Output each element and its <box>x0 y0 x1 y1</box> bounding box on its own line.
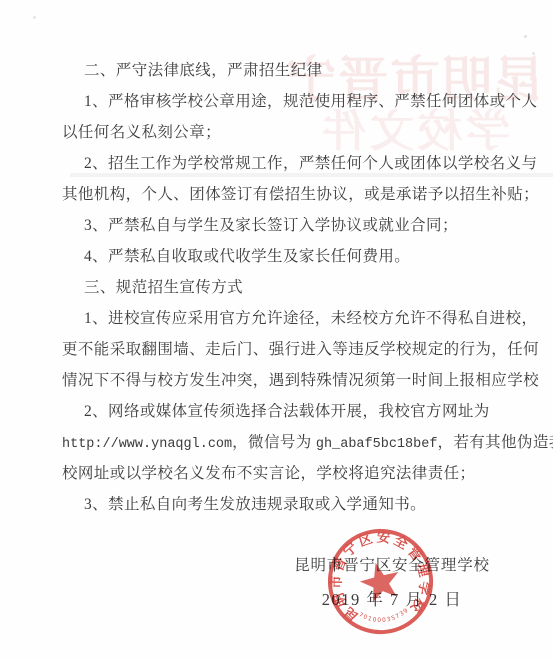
scan-speck <box>33 16 36 19</box>
document-line: http://www.ynaqgl.com，微信号为 gh_abaf5bc18b… <box>62 427 504 458</box>
document-line: 4、严禁私自收取或代收学生及家长任何费用。 <box>62 241 504 272</box>
inline-text: ，若有其他伪造我 <box>437 434 553 451</box>
inline-code-text: http://www.ynaqgl.com <box>62 437 232 452</box>
document-line: 2、招生工作为学校常规工作，严禁任何个人或团体以学校名义与 <box>62 148 504 179</box>
document-line: 三、规范招生宣传方式 <box>62 272 504 303</box>
document-line: 1、严格审核学校公章用途，规范使用程序、严禁任何团体或个人 <box>62 86 504 117</box>
inline-code-text: gh_abaf5bc18bef <box>316 437 438 452</box>
document-line: 二、严守法律底线，严肃招生纪律 <box>62 55 504 86</box>
document-line: 3、禁止私自向考生发放违规录取或入学通知书。 <box>62 489 504 520</box>
scan-speck <box>532 52 535 55</box>
document-line: 3、严禁私自与学生及家长签订入学协议或就业合同； <box>62 210 504 241</box>
scanned-document-page: 昆明市晋宁 学校文件 二、严守法律底线，严肃招生纪律1、严格审核学校公章用途，规… <box>0 0 553 661</box>
document-line: 更不能采取翻围墙、走后门、强行进入等违反学校规定的行为，任何 <box>62 334 504 365</box>
document-line: 1、进校宣传应采用官方允许途径，未经校方允许不得私自进校， <box>62 303 504 334</box>
scan-speck <box>524 35 527 38</box>
inline-text: ，微信号为 <box>232 434 316 451</box>
document-body: 二、严守法律底线，严肃招生纪律1、严格审核学校公章用途，规范使用程序、严禁任何团… <box>62 55 504 520</box>
seal-star-icon <box>356 558 404 604</box>
document-line: 以任何名义私刻公章； <box>62 117 504 148</box>
official-seal: 昆明市晋宁区安全管理学校 5701000357395 <box>315 516 446 647</box>
document-line: 情况下不得与校方发生冲突，遇到特殊情况须第一时间上报相应学校 <box>62 365 504 396</box>
document-line: 其他机构，个人、团体签订有偿招生协议，或是承诺予以招生补贴； <box>62 179 504 210</box>
document-line: 2、网络或媒体宣传须选择合法载体开展，我校官方网址为 <box>62 396 504 427</box>
document-line: 校网址或以学校名义发布不实言论，学校将追究法律责任； <box>62 458 504 489</box>
